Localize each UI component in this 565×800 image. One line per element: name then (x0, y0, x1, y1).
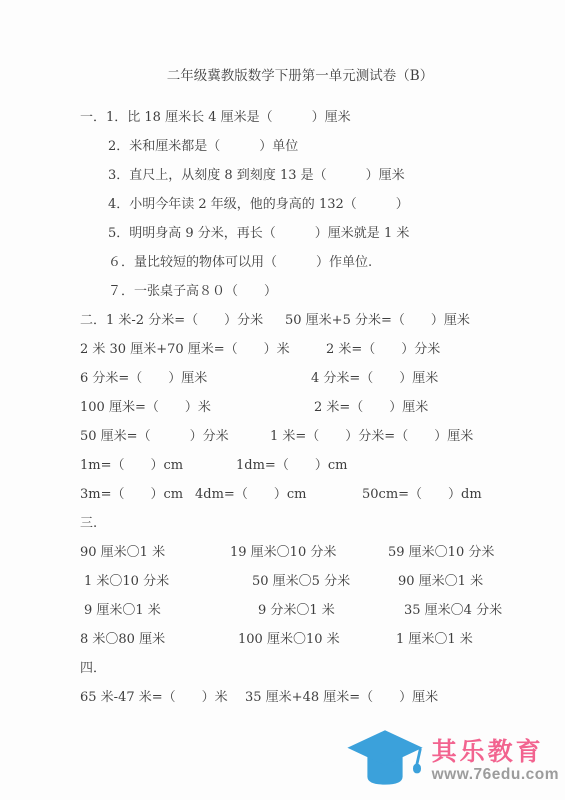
calculation-item: 65 米-47 米=（ ）米 (80, 686, 245, 705)
conversion-item: 3m=（ ）cm (80, 483, 195, 502)
calculation-item: 35 厘米+48 厘米=（ ）厘米 (245, 686, 438, 705)
question-line: ６．量比较短的物体可以用（ ）作单位. (80, 246, 520, 275)
brand-name: 其乐教育 (432, 739, 544, 765)
comparison-item: 90 厘米〇1 米 (388, 570, 520, 589)
section3-label: 三. (80, 507, 520, 536)
section-3: 三. 90 厘米〇1 米 19 厘米〇10 分米 59 厘米〇10 分米 1 米… (80, 507, 520, 652)
conversion-row: 二．1 米-2 分米=（ ）分米 50 厘米+5 分米=（ ）厘米 (80, 304, 520, 333)
conversion-item: 4 分米=（ ）厘米 (311, 367, 438, 386)
conversion-row: 6 分米=（ ）厘米 4 分米=（ ）厘米 (80, 362, 520, 391)
conversion-item: 2 米=（ ）厘米 (314, 396, 428, 415)
conversion-row: 2 米 30 厘米+70 厘米=（ ）米 2 米=（ ）分米 (80, 333, 520, 362)
conversion-item: 6 分米=（ ）厘米 (80, 367, 311, 386)
conversion-item: 50 厘米+5 分米=（ ）厘米 (285, 309, 470, 328)
comparison-item: 50 厘米〇5 分米 (230, 570, 388, 589)
brand-url: www.76edu.com (432, 767, 559, 783)
comparison-item: 1 米〇10 分米 (80, 570, 230, 589)
comparison-item: 9 分米〇1 米 (230, 599, 388, 618)
brand-logo: 其乐教育 www.76edu.com (345, 727, 559, 795)
comparison-row: 90 厘米〇1 米 19 厘米〇10 分米 59 厘米〇10 分米 (80, 536, 520, 565)
comparison-row: 1 米〇10 分米 50 厘米〇5 分米 90 厘米〇1 米 (80, 565, 520, 594)
comparison-item: 9 厘米〇1 米 (80, 599, 230, 618)
section-4: 四． 65 米-47 米=（ ）米 35 厘米+48 厘米=（ ）厘米 (80, 652, 520, 710)
question-line: 4．小明今年读 2 年级，他的身高的 132（ ） (80, 188, 520, 217)
conversion-item: 50cm=（ ）dm (362, 483, 482, 502)
comparison-item: 100 厘米〇10 米 (230, 628, 388, 647)
comparison-item: 35 厘米〇4 分米 (388, 599, 520, 618)
comparison-row: 9 厘米〇1 米 9 分米〇1 米 35 厘米〇4 分米 (80, 594, 520, 623)
conversion-item: 4dm=（ ）cm (195, 483, 362, 502)
conversion-item: 2 米 30 厘米+70 厘米=（ ）米 (80, 338, 326, 357)
conversion-row: 100 厘米=（ ）米 2 米=（ ）厘米 (80, 391, 520, 420)
comparison-item: 59 厘米〇10 分米 (388, 541, 520, 560)
page-title: 二年级冀教版数学下册第一单元测试卷（B） (80, 62, 520, 91)
conversion-item: 1dm=（ ）cm (236, 454, 347, 473)
section-1: 一．1．比 18 厘米长 4 厘米是（ ）厘米 2．米和厘米都是（ ）单位 3．… (80, 101, 520, 304)
conversion-item: 2 米=（ ）分米 (326, 338, 440, 357)
section-2: 二．1 米-2 分米=（ ）分米 50 厘米+5 分米=（ ）厘米 2 米 30… (80, 304, 520, 507)
section4-label: 四． (80, 652, 520, 681)
logo-text: 其乐教育 www.76edu.com (432, 739, 559, 784)
graduation-cap-icon (345, 727, 425, 795)
conversion-row: 3m=（ ）cm 4dm=（ ）cm 50cm=（ ）dm (80, 478, 520, 507)
conversion-row: 1m=（ ）cm 1dm=（ ）cm (80, 449, 520, 478)
question-line: 3．直尺上，从刻度 8 到刻度 13 是（ ）厘米 (80, 159, 520, 188)
comparison-item: 8 米〇80 厘米 (80, 628, 230, 647)
conversion-item: 二．1 米-2 分米=（ ）分米 (80, 309, 285, 328)
comparison-row: 8 米〇80 厘米 100 厘米〇10 米 1 厘米〇1 米 (80, 623, 520, 652)
conversion-item: 100 厘米=（ ）米 (80, 396, 314, 415)
question-line: ７．一张桌子高８０（ ） (80, 275, 520, 304)
conversion-item: 1m=（ ）cm (80, 454, 236, 473)
question-line: 2．米和厘米都是（ ）单位 (80, 130, 520, 159)
worksheet-page: 二年级冀教版数学下册第一单元测试卷（B） 一．1．比 18 厘米长 4 厘米是（… (0, 0, 565, 800)
comparison-item: 1 厘米〇1 米 (388, 628, 520, 647)
conversion-item: 1 米=（ ）分米=（ ）厘米 (270, 425, 473, 444)
conversion-row: 50 厘米=（ ）分米 1 米=（ ）分米=（ ）厘米 (80, 420, 520, 449)
question-line: 一．1．比 18 厘米长 4 厘米是（ ）厘米 (80, 101, 520, 130)
conversion-item: 50 厘米=（ ）分米 (80, 425, 270, 444)
comparison-item: 19 厘米〇10 分米 (230, 541, 388, 560)
question-line: 5．明明身高 9 分米，再长（ ）厘米就是 1 米 (80, 217, 520, 246)
calculation-row: 65 米-47 米=（ ）米 35 厘米+48 厘米=（ ）厘米 (80, 681, 520, 710)
comparison-item: 90 厘米〇1 米 (80, 541, 230, 560)
